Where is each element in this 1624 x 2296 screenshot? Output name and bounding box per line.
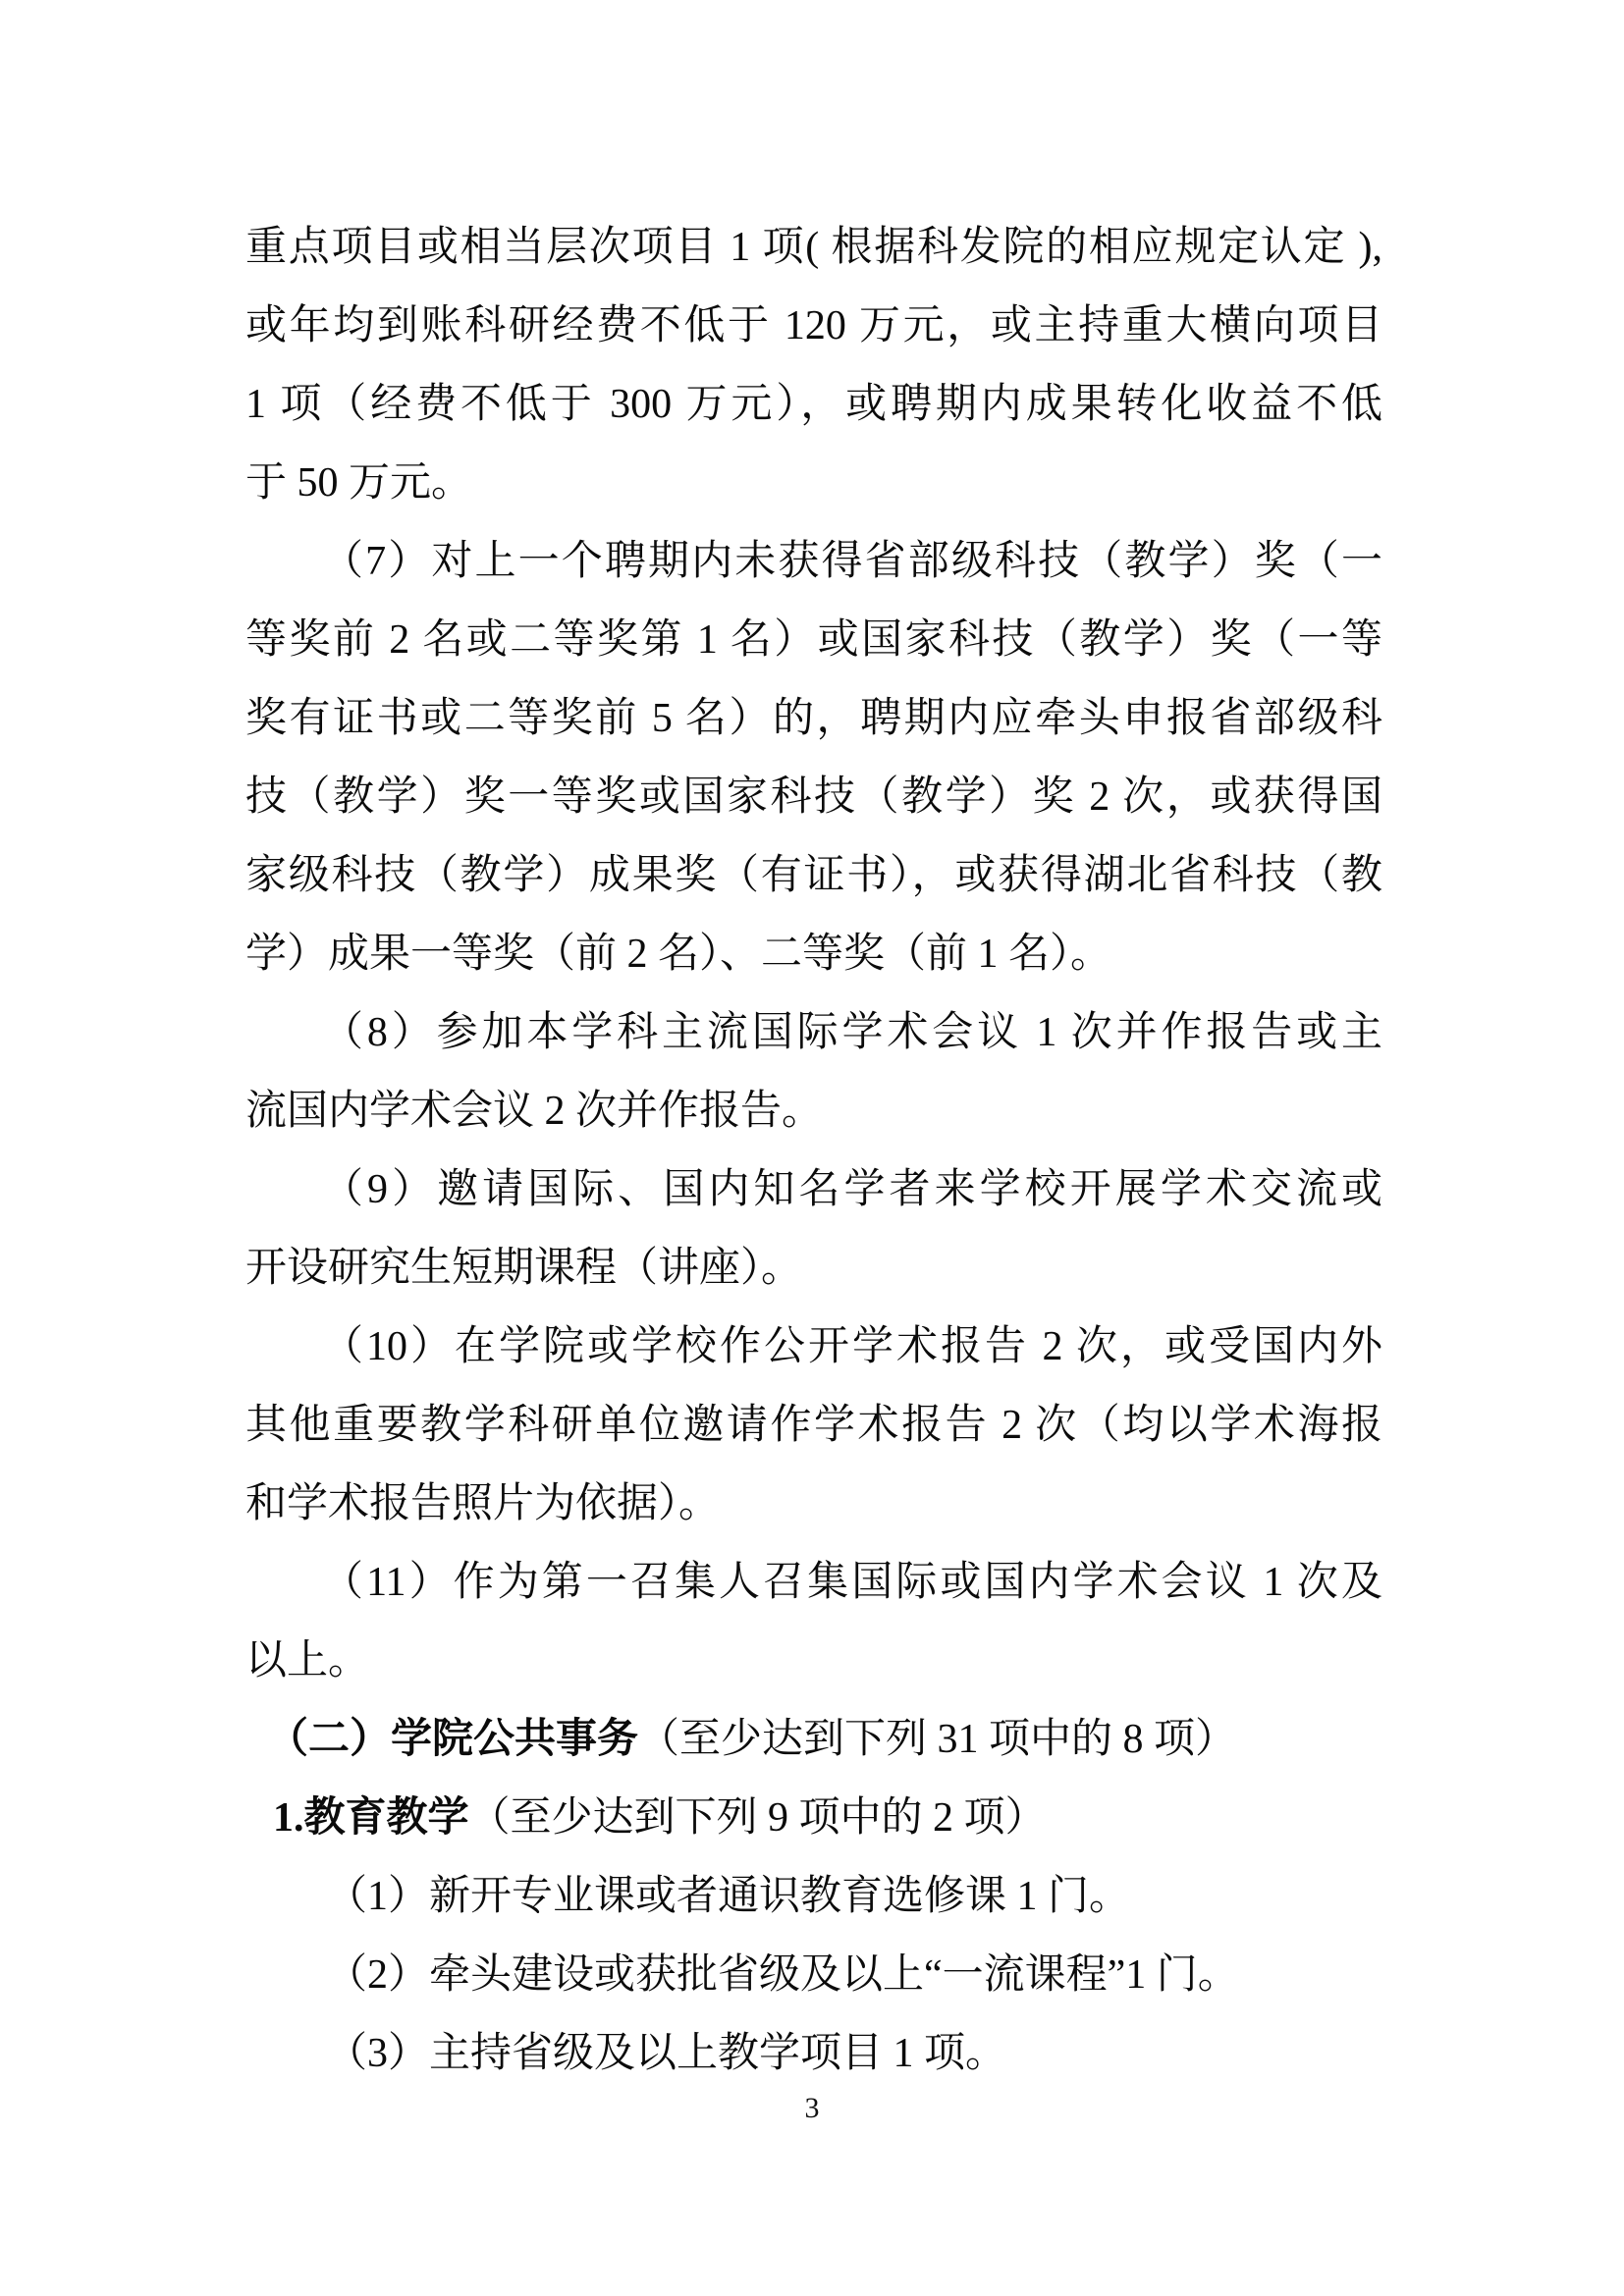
heading-text: 1.教育教学: [273, 1795, 469, 1841]
document-line: 或年均到账科研经费不低于 120 万元，或主持重大横向项目: [245, 287, 1382, 365]
document-line: （3）主持省级及以上教学项目 1 项。: [245, 2014, 1382, 2093]
document-line: （1）新开专业课或者通识教育选修课 1 门。: [245, 1857, 1382, 1936]
body-text: 学）成果一等奖（前 2 名）、二等奖（前 1 名）。: [245, 932, 1111, 977]
body-text: 重点项目或相当层次项目 1 项( 根据科发院的相应规定认定 ),: [245, 225, 1382, 270]
document-line: 其他重要教学科研单位邀请作学术报告 2 次（均以学术海报: [245, 1386, 1382, 1465]
body-text: 于 50 万元。: [245, 460, 472, 506]
body-text: （9）邀请国际、国内知名学者来学校开展学术交流或: [322, 1167, 1382, 1212]
body-text: 家级科技（教学）成果奖（有证书），或获得湖北省科技（教: [245, 853, 1382, 898]
body-text: （1）新开专业课或者通识教育选修课 1 门。: [326, 1874, 1130, 1919]
document-line: （7）对上一个聘期内未获得省部级科技（教学）奖（一: [245, 522, 1382, 601]
document-line: 奖有证书或二等奖前 5 名）的，聘期内应牵头申报省部级科: [245, 679, 1382, 758]
document-line: （8）参加本学科主流国际学术会议 1 次并作报告或主: [245, 993, 1382, 1072]
body-text: 奖有证书或二等奖前 5 名）的，聘期内应牵头申报省部级科: [245, 696, 1382, 741]
document-line: 家级科技（教学）成果奖（有证书），或获得湖北省科技（教: [245, 836, 1382, 915]
document-line: 重点项目或相当层次项目 1 项( 根据科发院的相应规定认定 ),: [245, 208, 1382, 287]
body-text: （至少达到下列 31 项中的 8 项）: [638, 1717, 1236, 1762]
body-text: 开设研究生短期课程（讲座）。: [245, 1246, 802, 1291]
body-text: （至少达到下列 9 项中的 2 项）: [469, 1795, 1047, 1841]
document-line: 1.教育教学（至少达到下列 9 项中的 2 项）: [245, 1779, 1382, 1857]
page-number: 3: [0, 2089, 1624, 2128]
body-text: （7）对上一个聘期内未获得省部级科技（教学）奖（一: [322, 539, 1382, 584]
body-text: 等奖前 2 名或二等奖第 1 名）或国家科技（教学）奖（一等: [245, 617, 1382, 663]
document-line: （二）学院公共事务（至少达到下列 31 项中的 8 项）: [245, 1700, 1382, 1779]
body-text: 流国内学术会议 2 次并作报告。: [245, 1089, 823, 1134]
body-text: 以上。: [245, 1638, 369, 1683]
document-line: 开设研究生短期课程（讲座）。: [245, 1229, 1382, 1308]
document-line: （11）作为第一召集人召集国际或国内学术会议 1 次及: [245, 1543, 1382, 1622]
heading-text: （二）学院公共事务: [267, 1717, 638, 1762]
body-text: （8）参加本学科主流国际学术会议 1 次并作报告或主: [322, 1010, 1382, 1055]
body-text: （10）在学院或学校作公开学术报告 2 次，或受国内外: [322, 1324, 1382, 1369]
document-body: 重点项目或相当层次项目 1 项( 根据科发院的相应规定认定 ),或年均到账科研经…: [245, 208, 1382, 2093]
document-line: 和学术报告照片为依据）。: [245, 1465, 1382, 1543]
body-text: 1 项（经费不低于 300 万元），或聘期内成果转化收益不低: [245, 382, 1382, 427]
document-page: 重点项目或相当层次项目 1 项( 根据科发院的相应规定认定 ),或年均到账科研经…: [0, 0, 1624, 2296]
document-line: （9）邀请国际、国内知名学者来学校开展学术交流或: [245, 1150, 1382, 1229]
body-text: 其他重要教学科研单位邀请作学术报告 2 次（均以学术海报: [245, 1403, 1382, 1448]
document-line: 等奖前 2 名或二等奖第 1 名）或国家科技（教学）奖（一等: [245, 601, 1382, 679]
document-line: （2）牵头建设或获批省级及以上“一流课程”1 门。: [245, 1936, 1382, 2014]
body-text: 和学术报告照片为依据）。: [245, 1481, 720, 1526]
body-text: （3）主持省级及以上教学项目 1 项。: [326, 2031, 1006, 2076]
document-line: （10）在学院或学校作公开学术报告 2 次，或受国内外: [245, 1308, 1382, 1386]
document-line: 学）成果一等奖（前 2 名）、二等奖（前 1 名）。: [245, 915, 1382, 993]
body-text: （11）作为第一召集人召集国际或国内学术会议 1 次及: [322, 1560, 1382, 1605]
document-line: 技（教学）奖一等奖或国家科技（教学）奖 2 次，或获得国: [245, 758, 1382, 836]
body-text: 技（教学）奖一等奖或国家科技（教学）奖 2 次，或获得国: [245, 774, 1382, 820]
document-line: 流国内学术会议 2 次并作报告。: [245, 1072, 1382, 1150]
document-line: 以上。: [245, 1622, 1382, 1700]
body-text: 或年均到账科研经费不低于 120 万元，或主持重大横向项目: [245, 303, 1382, 348]
document-line: 于 50 万元。: [245, 444, 1382, 522]
body-text: （2）牵头建设或获批省级及以上“一流课程”1 门。: [326, 1952, 1239, 1998]
document-line: 1 项（经费不低于 300 万元），或聘期内成果转化收益不低: [245, 365, 1382, 444]
